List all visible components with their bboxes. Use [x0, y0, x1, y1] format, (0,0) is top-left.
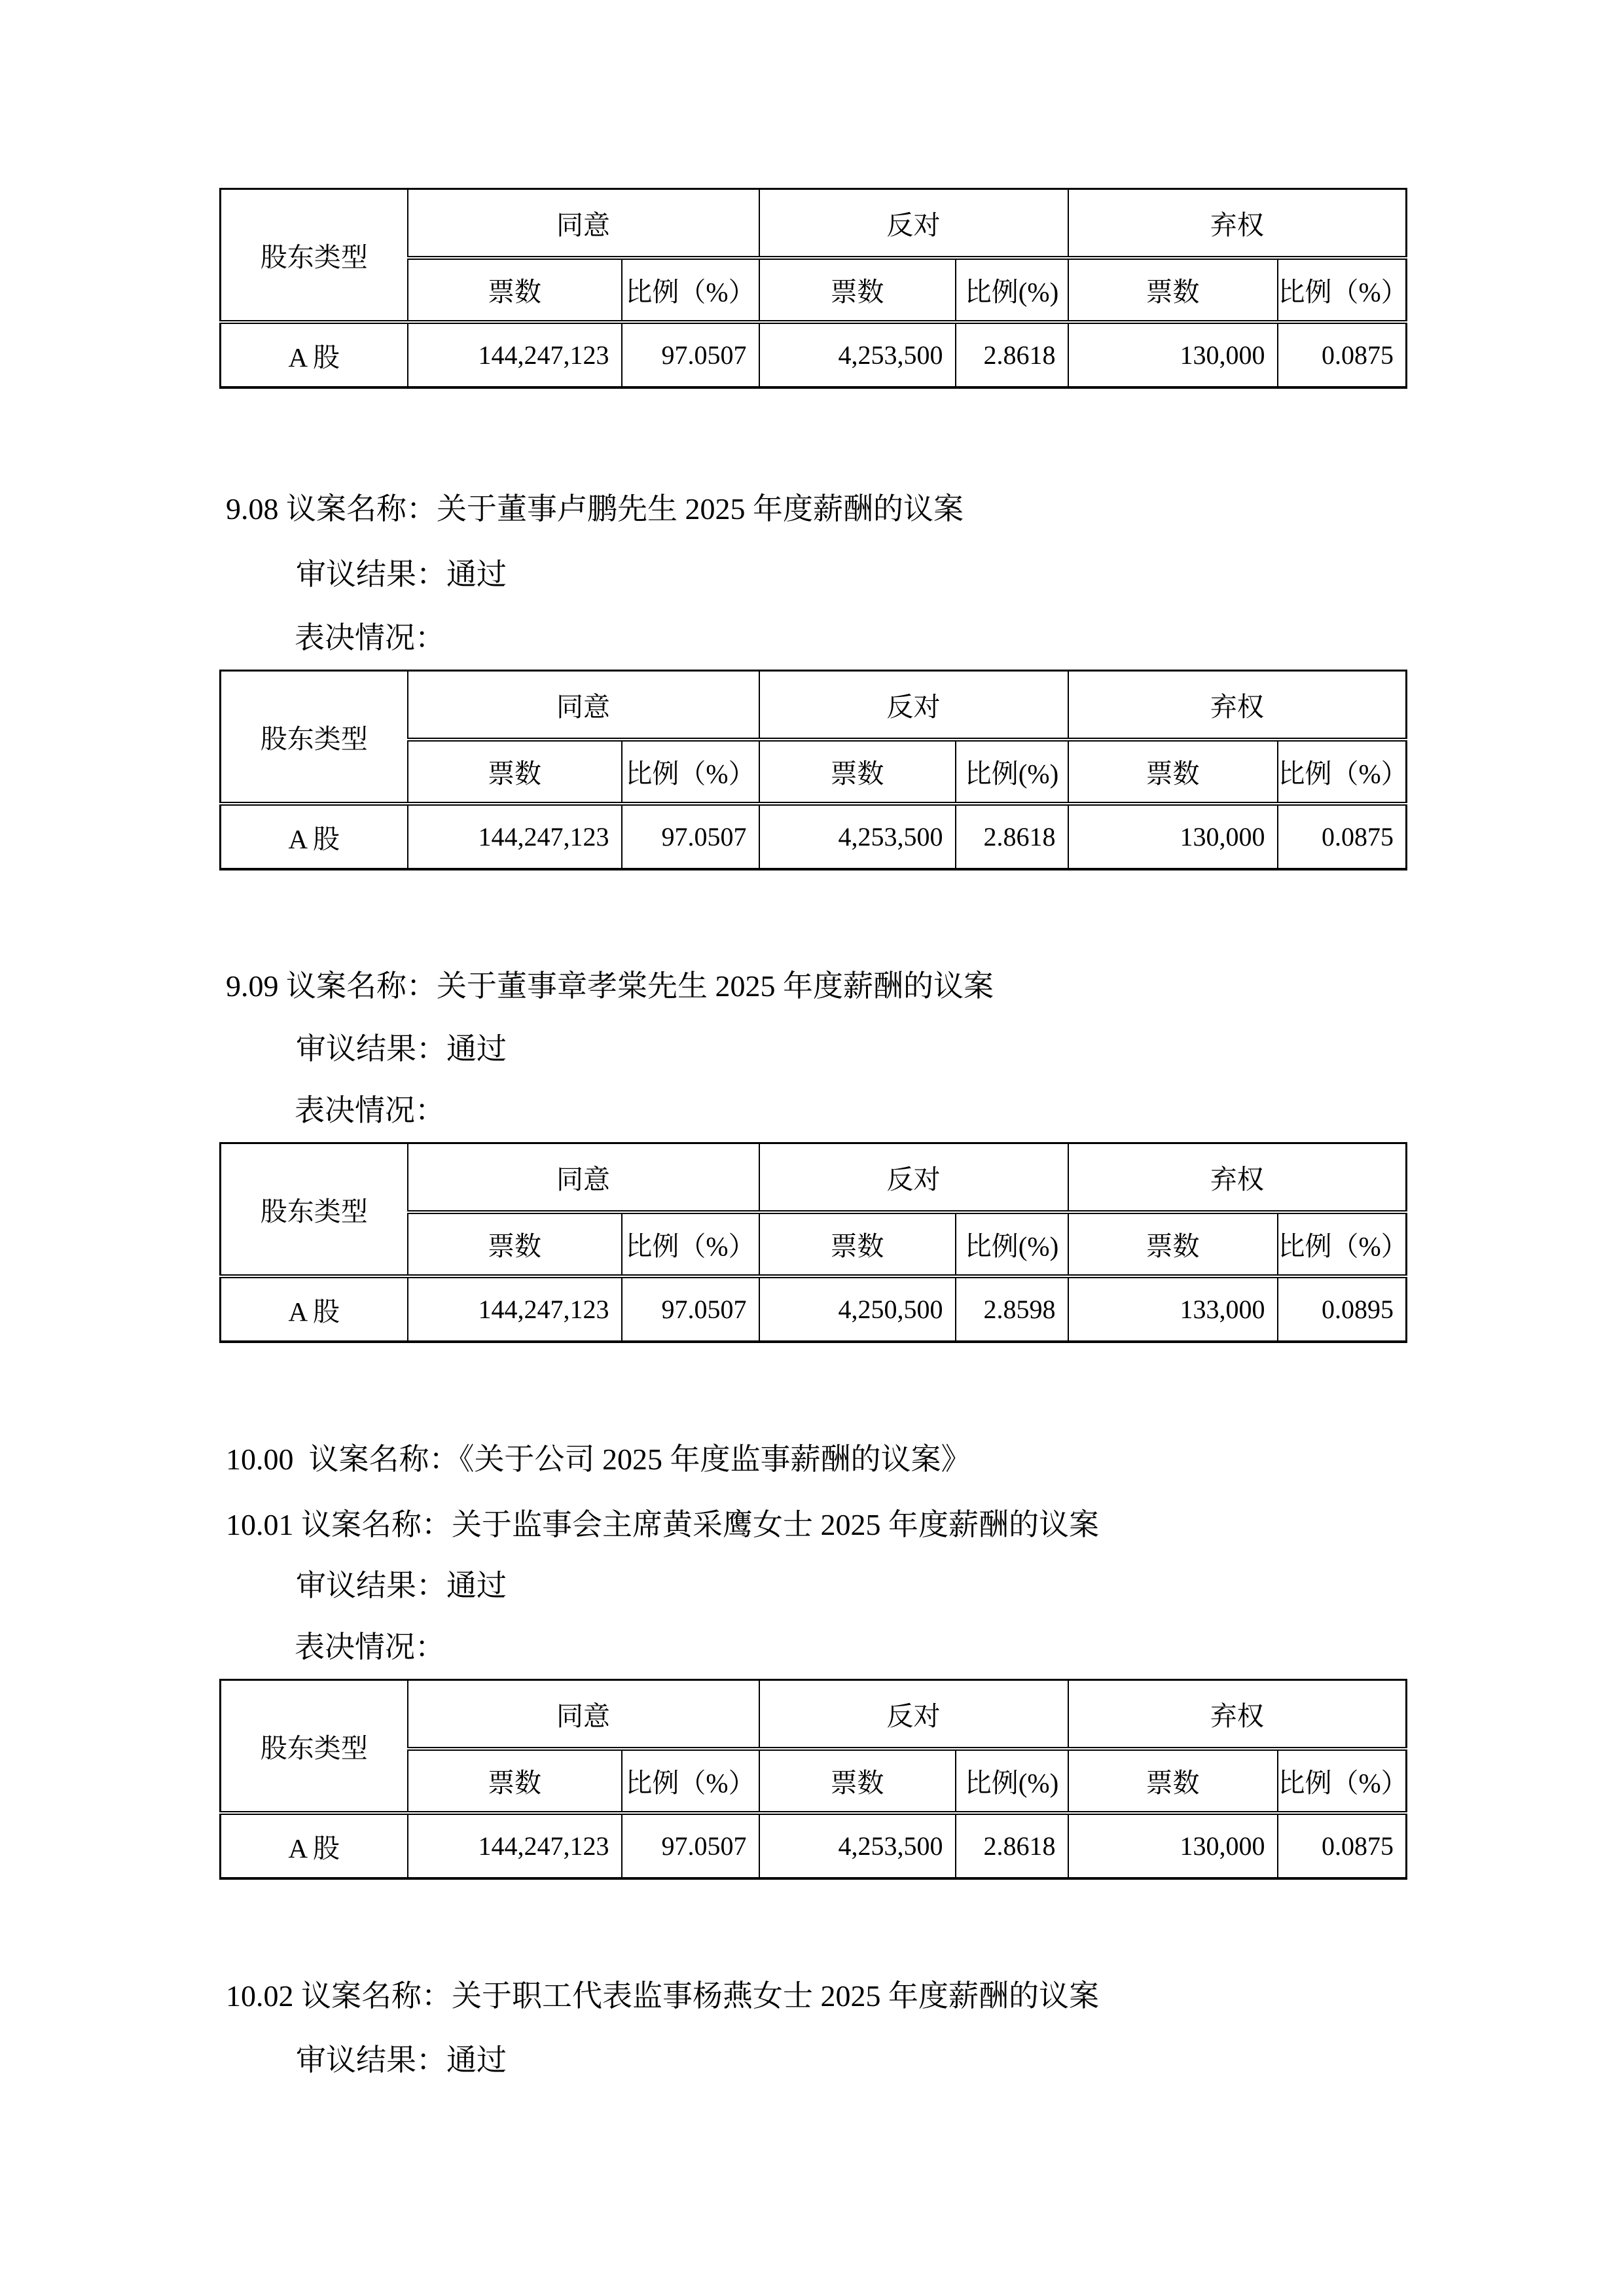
- shareholder-type-cell: A 股: [221, 1276, 408, 1342]
- abstain-pct-header: 比例（%）: [1278, 740, 1407, 804]
- review-result-text: 审议结果：通过: [296, 1566, 507, 1605]
- against-votes-cell: 4,253,500: [759, 804, 956, 869]
- agree-votes-cell: 144,247,123: [408, 804, 622, 869]
- review-result-text: 审议结果：通过: [296, 2041, 507, 2080]
- shareholder-type-header: 股东类型: [221, 1680, 408, 1813]
- agree-votes-header: 票数: [408, 258, 622, 322]
- against-group-header: 反对: [759, 1680, 1068, 1749]
- vote-table-1: 股东类型 同意 反对 弃权 票数 比例（%） 票数 比例(%) 票数 比例（%）…: [219, 188, 1407, 389]
- against-pct-cell: 2.8618: [956, 1813, 1068, 1878]
- against-pct-header: 比例(%): [956, 1212, 1068, 1276]
- abstain-pct-header: 比例（%）: [1278, 258, 1407, 322]
- against-votes-cell: 4,253,500: [759, 1813, 956, 1878]
- against-pct-cell: 2.8618: [956, 322, 1068, 387]
- abstain-votes-cell: 130,000: [1068, 1813, 1278, 1878]
- shareholder-type-header: 股东类型: [221, 671, 408, 804]
- agree-group-header: 同意: [408, 189, 759, 258]
- abstain-pct-cell: 0.0895: [1278, 1276, 1407, 1342]
- proposal-heading-9-09: 9.09 议案名称：关于董事章孝棠先生 2025 年度薪酬的议案: [226, 967, 994, 1006]
- voting-status-label: 表决情况：: [295, 1091, 445, 1130]
- against-votes-cell: 4,250,500: [759, 1276, 956, 1342]
- against-votes-header: 票数: [759, 740, 956, 804]
- review-result-text: 审议结果：通过: [296, 555, 507, 594]
- agree-pct-cell: 97.0507: [622, 322, 759, 387]
- proposal-heading-10-02: 10.02 议案名称：关于职工代表监事杨燕女士 2025 年度薪酬的议案: [226, 1977, 1099, 2016]
- agree-votes-cell: 144,247,123: [408, 1813, 622, 1878]
- abstain-votes-cell: 130,000: [1068, 804, 1278, 869]
- abstain-votes-header: 票数: [1068, 740, 1278, 804]
- agree-pct-header: 比例（%）: [622, 1749, 759, 1813]
- agree-group-header: 同意: [408, 671, 759, 740]
- agree-pct-cell: 97.0507: [622, 1276, 759, 1342]
- against-votes-header: 票数: [759, 1749, 956, 1813]
- abstain-votes-header: 票数: [1068, 1212, 1278, 1276]
- table-row: A 股 144,247,123 97.0507 4,253,500 2.8618…: [221, 804, 1407, 869]
- against-pct-header: 比例(%): [956, 258, 1068, 322]
- abstain-pct-header: 比例（%）: [1278, 1212, 1407, 1276]
- agree-group-header: 同意: [408, 1680, 759, 1749]
- abstain-group-header: 弃权: [1068, 671, 1407, 740]
- table-row: 股东类型 同意 反对 弃权: [221, 189, 1407, 258]
- against-pct-header: 比例(%): [956, 1749, 1068, 1813]
- table-row: 股东类型 同意 反对 弃权: [221, 1143, 1407, 1212]
- abstain-votes-header: 票数: [1068, 258, 1278, 322]
- agree-pct-header: 比例（%）: [622, 258, 759, 322]
- voting-status-label: 表决情况：: [295, 619, 445, 658]
- abstain-votes-cell: 130,000: [1068, 322, 1278, 387]
- agree-pct-cell: 97.0507: [622, 804, 759, 869]
- review-result-text: 审议结果：通过: [296, 1030, 507, 1069]
- proposal-heading-9-08: 9.08 议案名称：关于董事卢鹏先生 2025 年度薪酬的议案: [226, 490, 964, 529]
- shareholder-type-header: 股东类型: [221, 189, 408, 322]
- table-row: A 股 144,247,123 97.0507 4,253,500 2.8618…: [221, 1813, 1407, 1878]
- proposal-heading-10-01: 10.01 议案名称：关于监事会主席黄采鹰女士 2025 年度薪酬的议案: [226, 1505, 1099, 1545]
- agree-pct-header: 比例（%）: [622, 740, 759, 804]
- shareholder-type-cell: A 股: [221, 804, 408, 869]
- abstain-group-header: 弃权: [1068, 1680, 1407, 1749]
- abstain-group-header: 弃权: [1068, 1143, 1407, 1212]
- agree-group-header: 同意: [408, 1143, 759, 1212]
- against-pct-cell: 2.8618: [956, 804, 1068, 869]
- against-votes-header: 票数: [759, 1212, 956, 1276]
- agree-votes-header: 票数: [408, 1212, 622, 1276]
- against-group-header: 反对: [759, 189, 1068, 258]
- agree-pct-header: 比例（%）: [622, 1212, 759, 1276]
- agree-votes-header: 票数: [408, 740, 622, 804]
- shareholder-type-cell: A 股: [221, 1813, 408, 1878]
- vote-table-4: 股东类型 同意 反对 弃权 票数 比例（%） 票数 比例(%) 票数 比例（%）…: [219, 1679, 1407, 1880]
- shareholder-type-header: 股东类型: [221, 1143, 408, 1276]
- against-votes-header: 票数: [759, 258, 956, 322]
- table-row: A 股 144,247,123 97.0507 4,250,500 2.8598…: [221, 1276, 1407, 1342]
- document-page: 股东类型 同意 反对 弃权 票数 比例（%） 票数 比例(%) 票数 比例（%）…: [0, 0, 1624, 2296]
- agree-votes-cell: 144,247,123: [408, 1276, 622, 1342]
- agree-votes-cell: 144,247,123: [408, 322, 622, 387]
- against-group-header: 反对: [759, 671, 1068, 740]
- abstain-pct-cell: 0.0875: [1278, 322, 1407, 387]
- table-row: 股东类型 同意 反对 弃权: [221, 1680, 1407, 1749]
- vote-table-3: 股东类型 同意 反对 弃权 票数 比例（%） 票数 比例(%) 票数 比例（%）…: [219, 1142, 1407, 1343]
- vote-table-2: 股东类型 同意 反对 弃权 票数 比例（%） 票数 比例(%) 票数 比例（%）…: [219, 670, 1407, 870]
- abstain-votes-cell: 133,000: [1068, 1276, 1278, 1342]
- abstain-pct-header: 比例（%）: [1278, 1749, 1407, 1813]
- proposal-heading-10-00: 10.00 议案名称：《关于公司 2025 年度监事薪酬的议案》: [226, 1440, 971, 1479]
- shareholder-type-cell: A 股: [221, 322, 408, 387]
- abstain-pct-cell: 0.0875: [1278, 804, 1407, 869]
- against-votes-cell: 4,253,500: [759, 322, 956, 387]
- table-row: 股东类型 同意 反对 弃权: [221, 671, 1407, 740]
- against-pct-header: 比例(%): [956, 740, 1068, 804]
- against-group-header: 反对: [759, 1143, 1068, 1212]
- voting-status-label: 表决情况：: [295, 1628, 445, 1667]
- abstain-pct-cell: 0.0875: [1278, 1813, 1407, 1878]
- against-pct-cell: 2.8598: [956, 1276, 1068, 1342]
- abstain-group-header: 弃权: [1068, 189, 1407, 258]
- agree-votes-header: 票数: [408, 1749, 622, 1813]
- agree-pct-cell: 97.0507: [622, 1813, 759, 1878]
- table-row: A 股 144,247,123 97.0507 4,253,500 2.8618…: [221, 322, 1407, 387]
- abstain-votes-header: 票数: [1068, 1749, 1278, 1813]
